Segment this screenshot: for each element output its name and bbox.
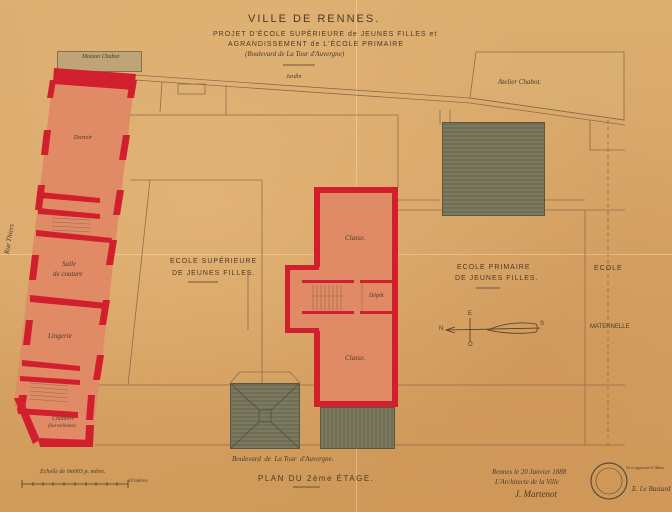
title-line3: (Boulevard de La Tour d'Auvergne) — [245, 50, 344, 58]
architectural-plan-sheet: VILLE DE RENNES. PROJET D'ÉCOLE SUPÉRIEU… — [0, 0, 672, 512]
compass-n: N — [439, 326, 444, 332]
label-salle-2: de couture — [53, 270, 82, 278]
title-line1: PROJET D'ÉCOLE SUPÉRIEURE de JEUNES FILL… — [213, 31, 437, 38]
scale-label: Echelle de 0m005 p. mètre. — [40, 469, 105, 475]
label-jardin: Jardin — [286, 74, 301, 80]
signature-mayor: E. Le Bastard — [632, 485, 670, 493]
label-atelier-chabot: Atelier Chabot. — [498, 78, 541, 86]
label-boulevard: Boulevard de La Tour d'Auvergne. — [232, 455, 333, 463]
signature-role: L'Architecte de la Ville — [495, 478, 559, 486]
signature-architect: J. Martenot — [515, 489, 557, 499]
label-salle-1: Salle — [62, 260, 76, 268]
title-line2: AGRANDISSEMENT de L'ÉCOLE PRIMAIRE — [228, 41, 404, 48]
compass-e: E — [468, 311, 473, 317]
label-lingerie: Lingerie — [48, 332, 72, 340]
scale-end-label: 10 mètres — [128, 479, 147, 484]
title-city: VILLE DE RENNES. — [248, 13, 380, 25]
label-dortoir: Dortoir — [74, 135, 92, 141]
approval-text: Vu et approuvé le Maire — [626, 465, 670, 470]
label-ecole-prim-2: DE JEUNES FILLES. — [455, 275, 539, 282]
compass-o: O — [468, 342, 474, 348]
plan-title: PLAN DU 2ème ÉTAGE. — [258, 474, 374, 483]
signature-place-date: Rennes le 20 Janvier 1888 — [492, 468, 566, 476]
label-ecole-sup-1: ECOLE SUPÉRIEURE — [170, 258, 257, 265]
hip-roof-lines — [231, 384, 299, 448]
label-chambre-2: (Surveillante) — [48, 424, 76, 429]
label-classe-bottom: Classe. — [345, 354, 365, 362]
label-classe-top: Classe. — [345, 234, 365, 242]
roof-atelier — [442, 122, 545, 216]
label-chambre-1: Chambre — [52, 416, 74, 422]
roof-pavilion — [230, 383, 300, 449]
label-depot: Dépôt — [369, 293, 384, 299]
label-ecole-prim-1: ECOLE PRIMAIRE — [457, 264, 531, 271]
label-maison-chabot: Maison Chabot — [82, 54, 119, 60]
compass-s: S — [540, 321, 545, 327]
label-ecole-mat-2: MATERNELLE — [590, 324, 630, 330]
roof-central-rear — [320, 407, 395, 449]
label-ecole-sup-2: DE JEUNES FILLES. — [172, 270, 256, 277]
label-ecole-mat-1: ECOLE — [594, 265, 623, 272]
